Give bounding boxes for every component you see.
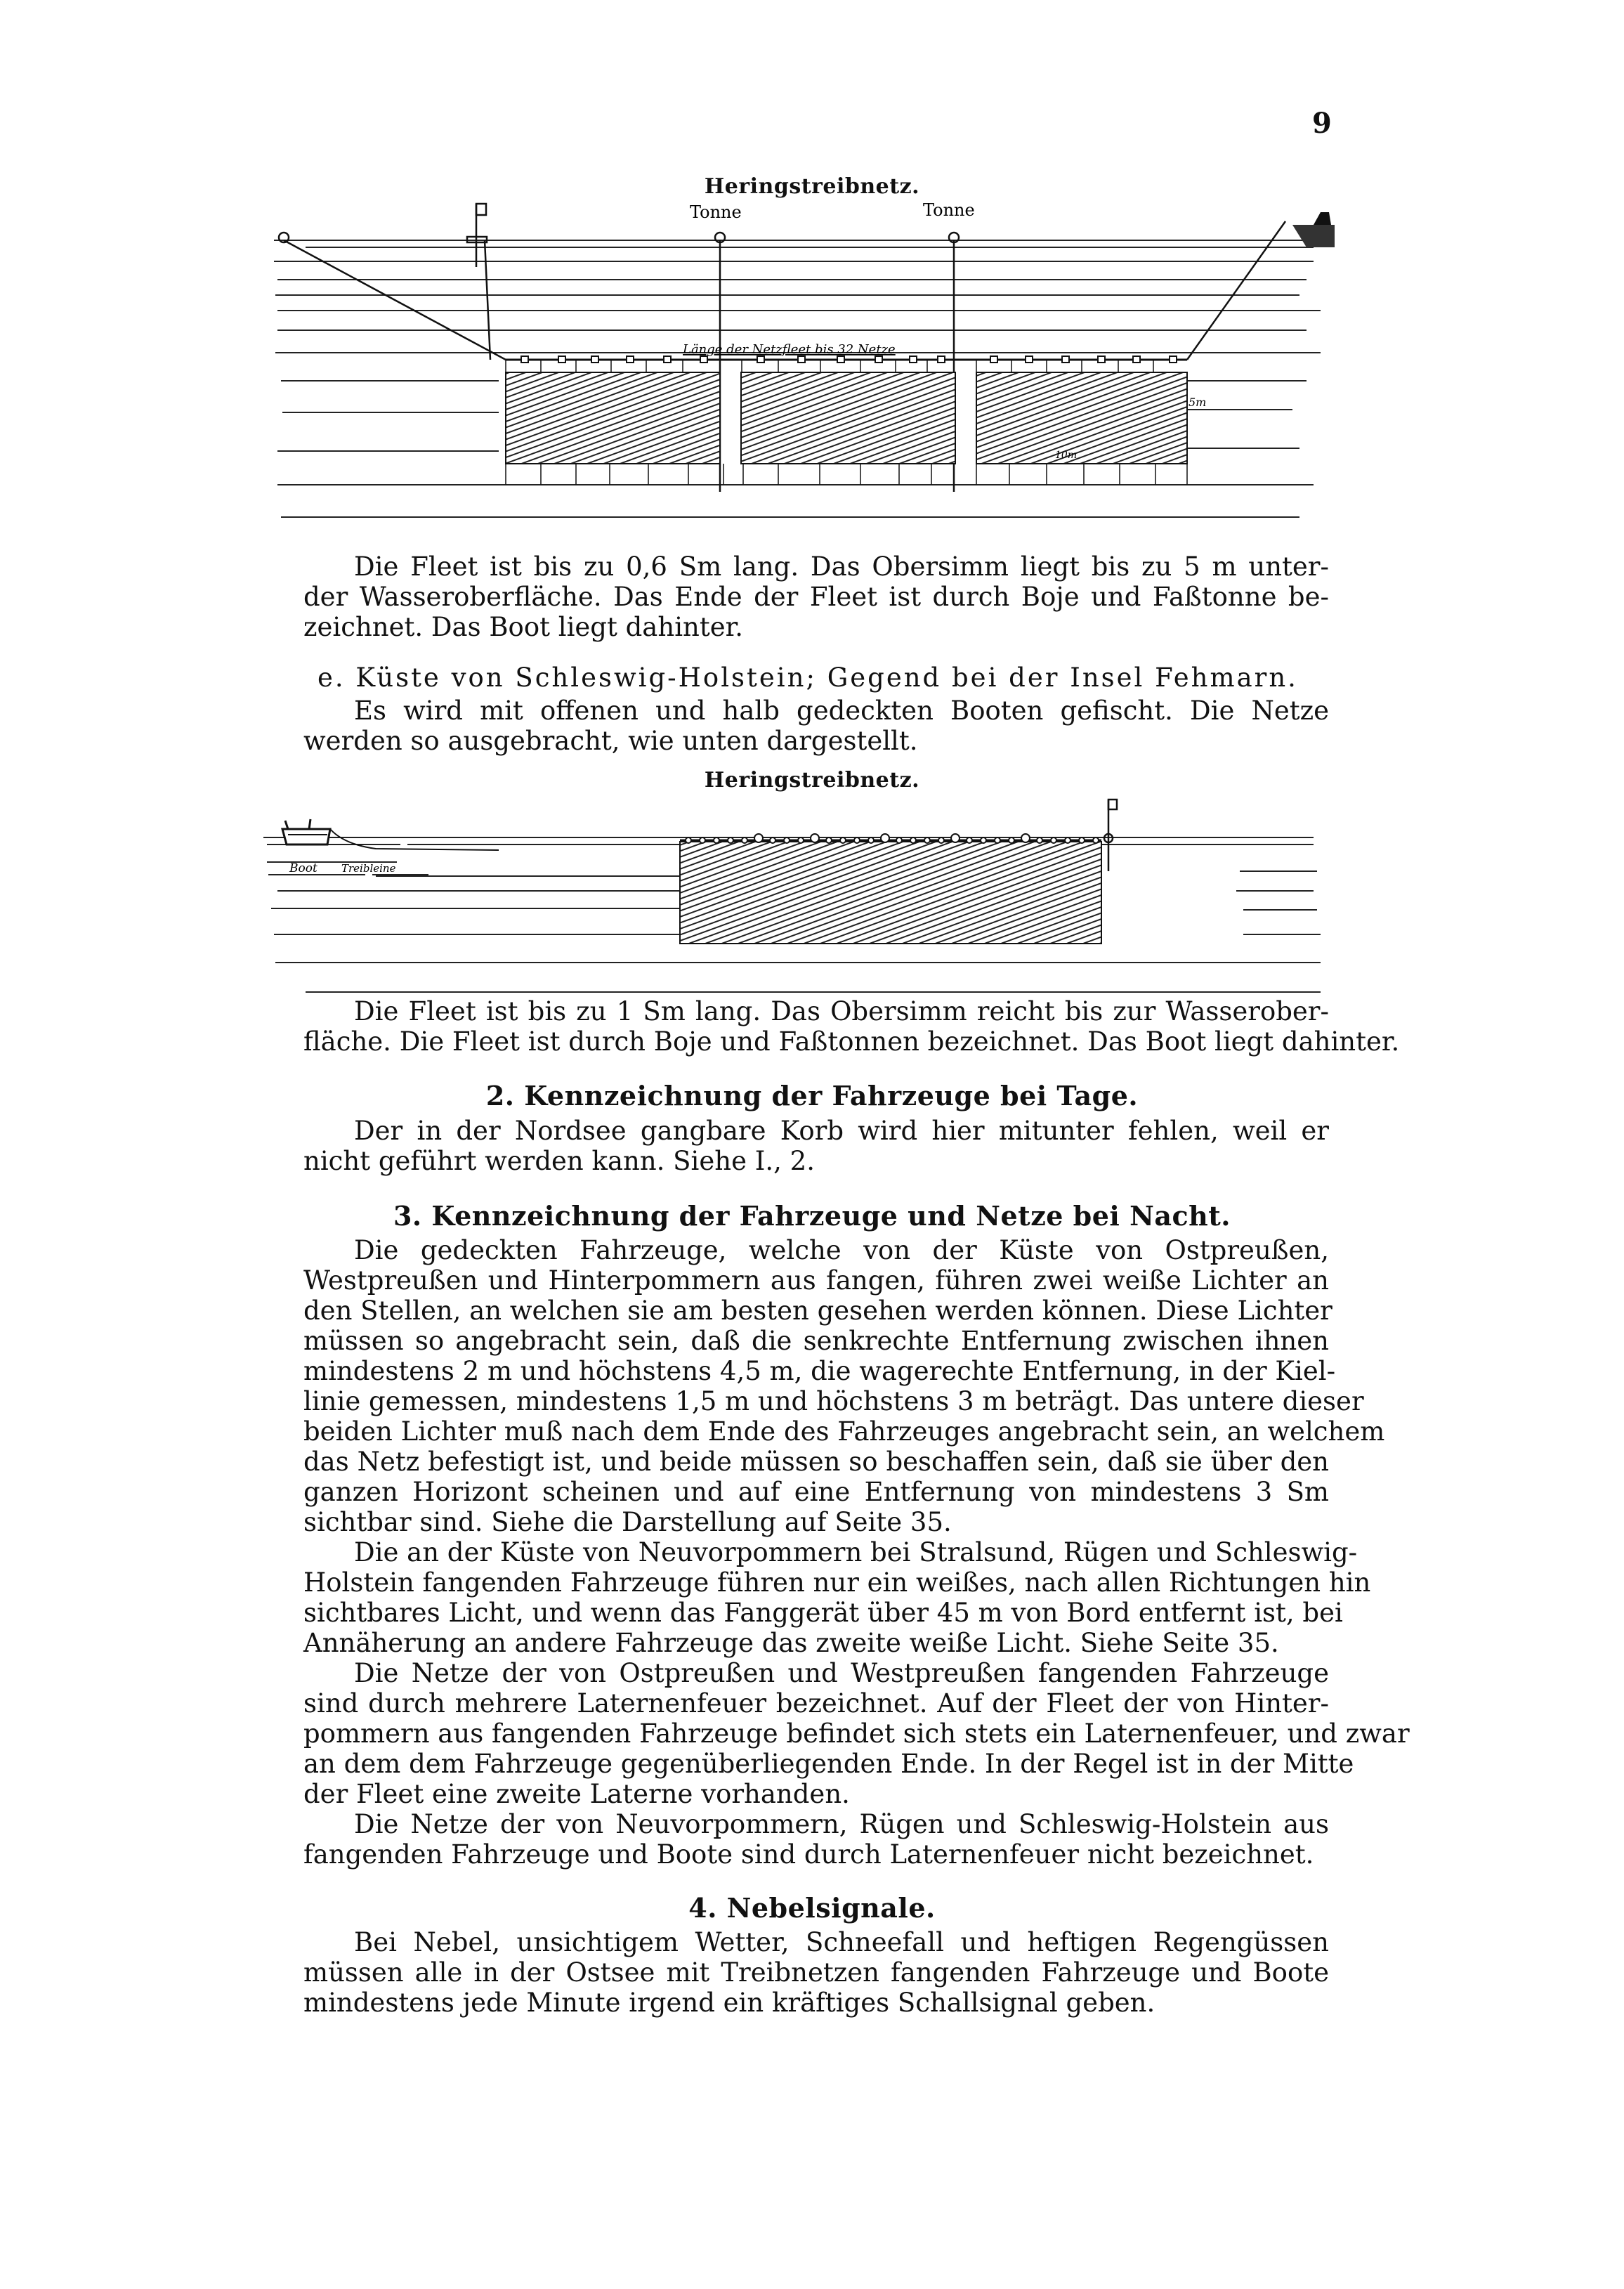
tonne-left-label: Tonne [690, 202, 742, 222]
text-line: der Fleet eine zweite Laterne vorhanden. [303, 1779, 1329, 1809]
text-line: mindestens 2 m und höchstens 4,5 m, die … [303, 1356, 1329, 1386]
section-e-text: Es wird mit offenen und halb gedeckten B… [303, 696, 1329, 756]
text-line: beiden Lichter muß nach dem Ende des Fah… [303, 1416, 1329, 1447]
boat-label: Boot [289, 861, 317, 875]
marker-buoy-icon [1104, 800, 1117, 871]
text-line: mindestens jede Minute irgend ein kräfti… [303, 1988, 1329, 2018]
boat-icon [282, 819, 330, 844]
text-line: der Wasseroberfläche. Das Ende der Fleet… [303, 582, 1329, 612]
text-line: an dem dem Fahrzeuge gegenüberliegenden … [303, 1749, 1329, 1779]
text-line: Die Fleet ist bis zu 1 Sm lang. Das Ober… [303, 996, 1329, 1026]
text-line: ganzen Horizont scheinen und auf eine En… [303, 1477, 1329, 1507]
text-line: zeichnet. Das Boot liegt dahinter. [303, 612, 1329, 642]
text-line: Es wird mit offenen und halb gedeckten B… [303, 696, 1329, 726]
text-line: werden so ausgebracht, wie unten dargest… [303, 726, 1329, 756]
text-line: pommern aus fangenden Fahrzeuge befindet… [303, 1719, 1329, 1749]
figure1-title: Heringstreibnetz. [0, 174, 1624, 199]
text-line: Die Netze der von Neuvorpommern, Rügen u… [303, 1809, 1329, 1839]
section-4-text: Bei Nebel, unsichtigem Wetter, Schneefal… [303, 1927, 1329, 2018]
text-line: sichtbar sind. Siehe die Darstellung auf… [303, 1507, 1329, 1537]
boat-icon [1292, 212, 1335, 247]
text-line: Westpreußen und Hinterpommern aus fangen… [303, 1265, 1329, 1296]
figure2-drift-net-diagram: Boot Treibleine [260, 794, 1328, 1005]
text-line: Holstein fangenden Fahrzeuge führen nur … [303, 1567, 1329, 1598]
text-line: den Stellen, an welchen sie am besten ge… [303, 1296, 1329, 1326]
text-line: sichtbares Licht, und wenn das Fanggerät… [303, 1598, 1329, 1628]
width-label: 10m [1055, 450, 1077, 461]
figure1-caption: Die Fleet ist bis zu 0,6 Sm lang. Das Ob… [303, 552, 1329, 642]
section-3-text: Die gedeckten Fahrzeuge, welche von der … [303, 1235, 1329, 1870]
text-line: Die Netze der von Ostpreußen und Westpre… [303, 1658, 1329, 1688]
text-line: Die Fleet ist bis zu 0,6 Sm lang. Das Ob… [303, 552, 1329, 582]
figure2-caption: Die Fleet ist bis zu 1 Sm lang. Das Ober… [303, 996, 1329, 1057]
figure1-drift-net-diagram: Tonne Tonne Länge der Netzfleet bis 32 N… [267, 197, 1335, 527]
text-line: müssen alle in der Ostsee mit Treibnetze… [303, 1957, 1329, 1988]
text-line: Der in der Nordsee gangbare Korb wird hi… [303, 1116, 1329, 1146]
section-3-heading: 3. Kennzeichnung der Fahrzeuge und Netze… [0, 1200, 1624, 1232]
text-line: fläche. Die Fleet ist durch Boje und Faß… [303, 1026, 1329, 1057]
text-line: nicht geführt werden kann. Siehe I., 2. [303, 1146, 1329, 1176]
page-number: 9 [1312, 107, 1332, 140]
tonne-right-label: Tonne [923, 200, 975, 220]
text-line: Annäherung an andere Fahrzeuge das zweit… [303, 1628, 1329, 1658]
figure2-title: Heringstreibnetz. [0, 768, 1624, 793]
text-line: linie gemessen, mindestens 1,5 m und höc… [303, 1386, 1329, 1416]
text-line: sind durch mehrere Laternenfeuer bezeich… [303, 1688, 1329, 1719]
section-2-text: Der in der Nordsee gangbare Korb wird hi… [303, 1116, 1329, 1176]
net-length-label: Länge der Netzfleet bis 32 Netze [682, 342, 896, 357]
section-4-heading: 4. Nebelsignale. [0, 1892, 1624, 1924]
text-line: das Netz befestigt ist, und beide müssen… [303, 1447, 1329, 1477]
text-line: fangenden Fahrzeuge und Boote sind durch… [303, 1839, 1329, 1870]
depth-label: 5m [1188, 396, 1206, 409]
text-line: müssen so angebracht sein, daß die senkr… [303, 1326, 1329, 1356]
section-e-heading: e. Küste von Schleswig-Holstein; Gegend … [317, 663, 1329, 693]
text-line: Bei Nebel, unsichtigem Wetter, Schneefal… [303, 1927, 1329, 1957]
drift-line-label: Treibleine [341, 862, 396, 875]
text-line: Die an der Küste von Neuvorpommern bei S… [303, 1537, 1329, 1567]
text-line: Die gedeckten Fahrzeuge, welche von der … [303, 1235, 1329, 1265]
section-2-heading: 2. Kennzeichnung der Fahrzeuge bei Tage. [0, 1080, 1624, 1111]
